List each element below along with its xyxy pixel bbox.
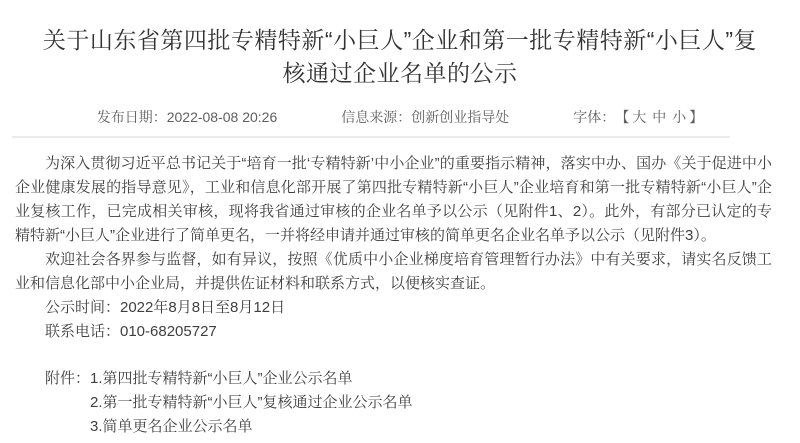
attachment-link-1[interactable]: 1.第四批专精特新“小巨人”企业公示名单 — [90, 367, 413, 391]
font-size-bracket-close: 】 — [689, 107, 703, 127]
font-size-selector: 字体： 【 大 中 小 】 — [573, 107, 703, 127]
announcement-page: 关于山东省第四批专精特新“小巨人”企业和第一批专精特新“小巨人”复核通过企业名单… — [0, 0, 800, 443]
font-size-label: 字体： — [573, 107, 615, 127]
info-source: 信息来源： 创新创业指导处 — [341, 107, 509, 127]
info-source-value: 创新创业指导处 — [411, 107, 509, 127]
article-body: 为深入贯彻习近平总书记关于“培育一批‘专精特新’中小企业”的重要指示精神，落实中… — [0, 138, 800, 439]
attachments-list: 1.第四批专精特新“小巨人”企业公示名单 2.第一批专精特新“小巨人”复核通过企… — [90, 367, 413, 439]
font-size-small-button[interactable]: 小 — [669, 107, 689, 127]
font-size-medium-button[interactable]: 中 — [649, 107, 669, 127]
attachment-link-2[interactable]: 2.第一批专精特新“小巨人”复核通过企业公示名单 — [90, 391, 413, 415]
publish-date: 发布日期： 2022-08-08 20:26 — [97, 107, 278, 127]
attachment-link-3[interactable]: 3.简单更名企业公示名单 — [90, 415, 413, 439]
attachments-section: 附件： 1.第四批专精特新“小巨人”企业公示名单 2.第一批专精特新“小巨人”复… — [15, 367, 772, 439]
publish-date-value: 2022-08-08 20:26 — [167, 109, 278, 125]
attachments-label: 附件： — [45, 367, 90, 391]
article-header: 关于山东省第四批专精特新“小巨人”企业和第一批专精特新“小巨人”复核通过企业名单… — [0, 0, 800, 138]
contact-phone-line: 联系电话：010-68205727 — [15, 320, 772, 344]
publish-date-label: 发布日期： — [97, 107, 167, 127]
page-title: 关于山东省第四批专精特新“小巨人”企业和第一批专精特新“小巨人”复核通过企业名单… — [38, 24, 762, 90]
notice-period-line: 公示时间：2022年8月8日至8月12日 — [15, 296, 772, 320]
paragraph-supervision: 欢迎社会各界参与监督，如有异议，按照《优质中小企业梯度培育管理暂行办法》中有关要… — [15, 248, 772, 296]
font-size-bracket-open: 【 — [615, 107, 629, 127]
article-meta: 发布日期： 2022-08-08 20:26 信息来源： 创新创业指导处 字体：… — [0, 107, 800, 127]
info-source-label: 信息来源： — [341, 107, 411, 127]
font-size-large-button[interactable]: 大 — [629, 107, 649, 127]
paragraph-intro: 为深入贯彻习近平总书记关于“培育一批‘专精特新’中小企业”的重要指示精神，落实中… — [15, 152, 772, 248]
